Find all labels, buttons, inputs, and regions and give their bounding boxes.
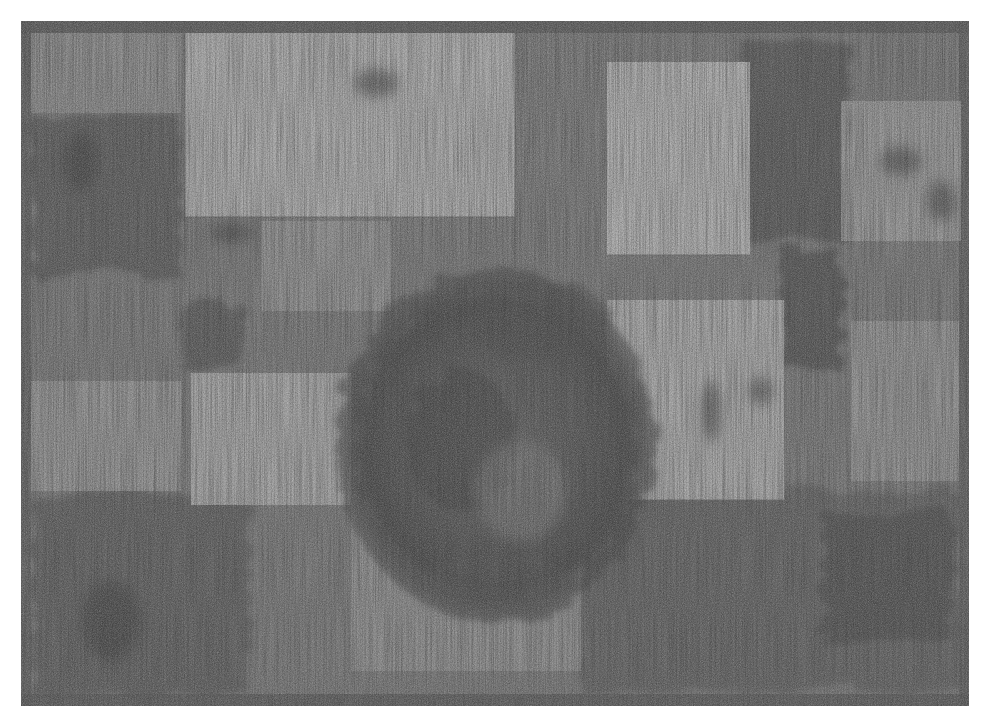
rug xyxy=(21,21,969,706)
rug-artwork xyxy=(21,21,969,706)
product-photo: Gray vintage-style patchwork rug with fa… xyxy=(0,0,990,726)
